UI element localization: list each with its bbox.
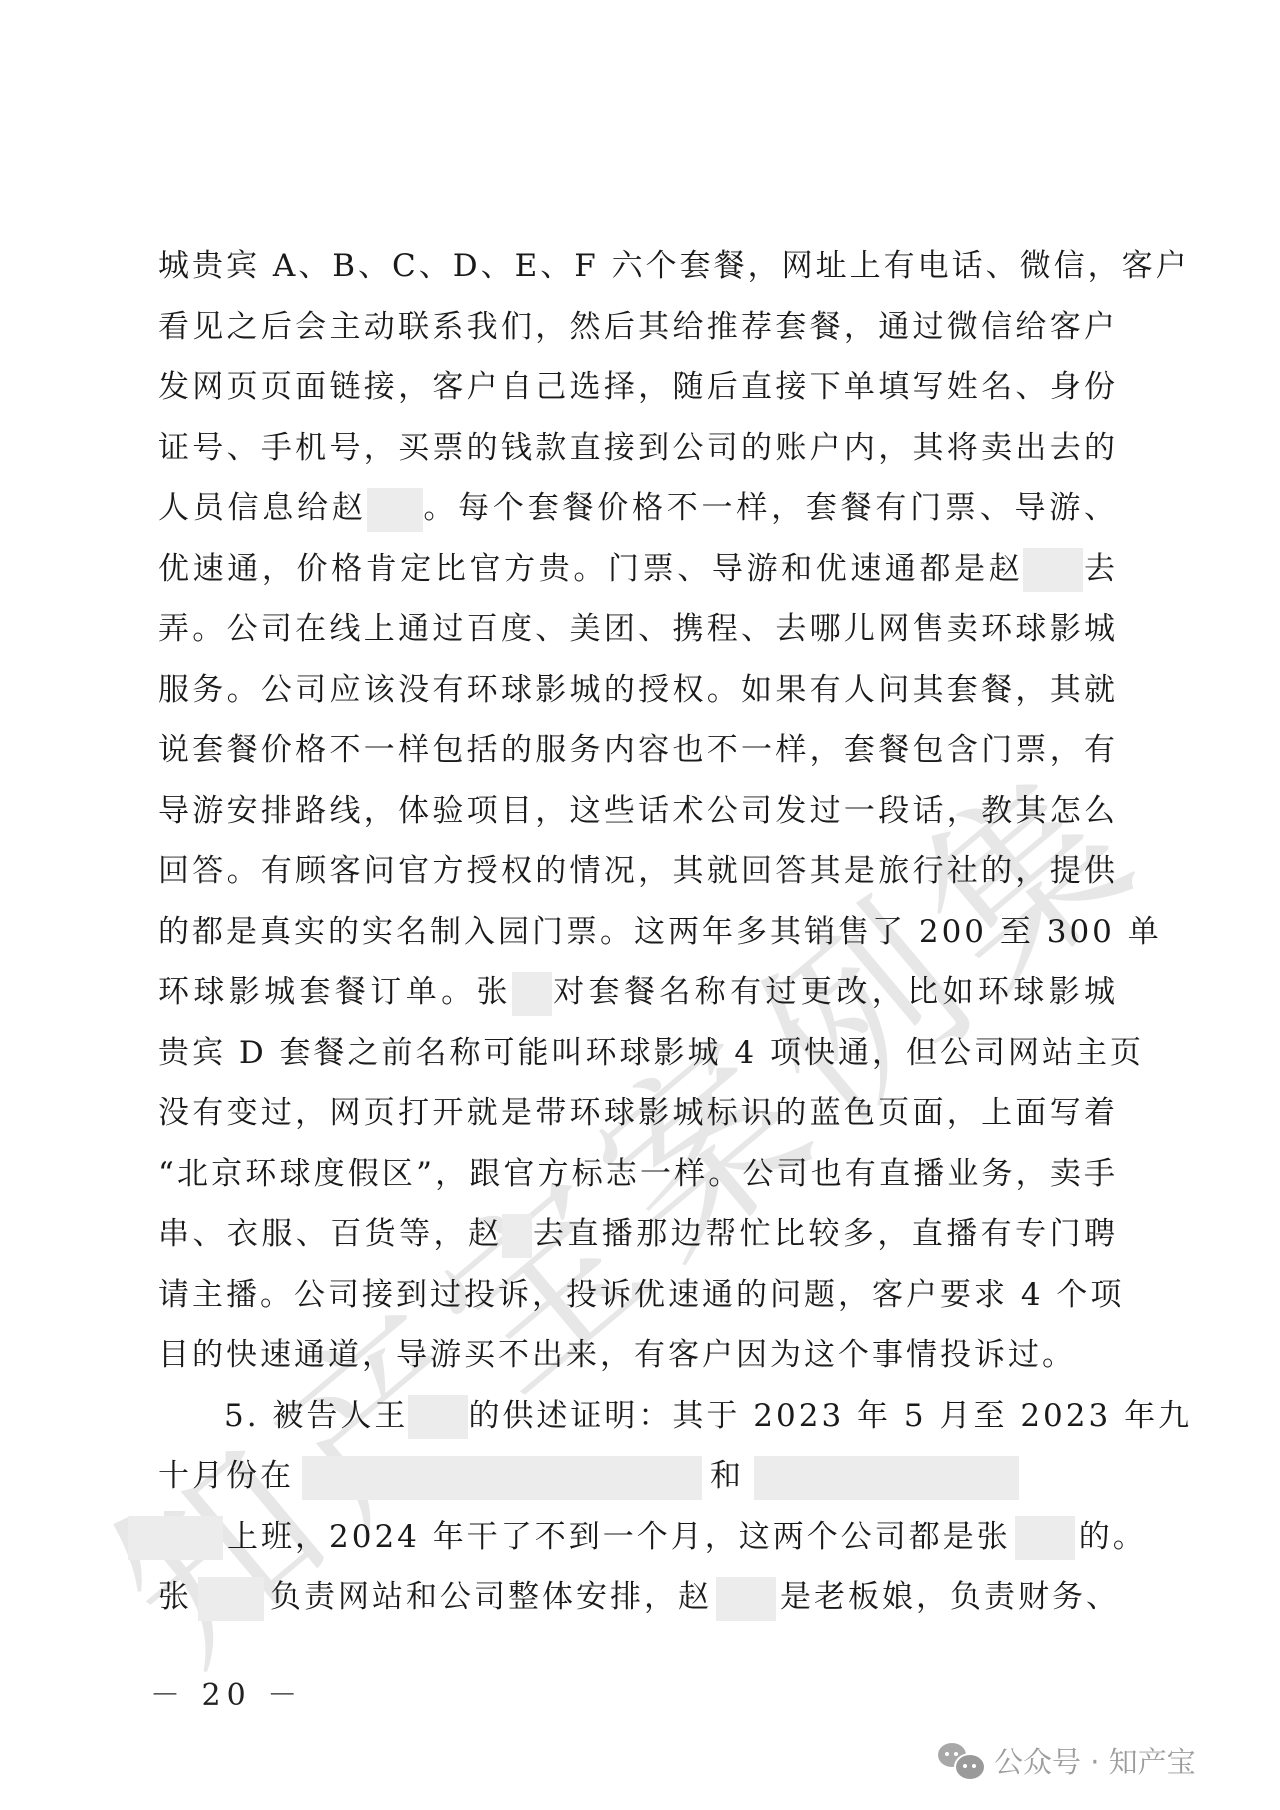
text-line: 目的快速通道，导游买不出来，有客户因为这个事情投诉过。 bbox=[158, 1325, 1118, 1386]
text-line: 导游安排路线，体验项目，这些话术公司发过一段话，教其怎么 bbox=[158, 781, 1118, 842]
text-line: 的都是真实的实名制入园门票。这两年多其销售了 200 至 300 单 bbox=[158, 902, 1118, 963]
text-line: 没有变过，网页打开就是带环球影城标识的蓝色页面，上面写着 bbox=[158, 1083, 1118, 1144]
redaction-block bbox=[716, 1577, 776, 1621]
text-line: 证号、手机号，买票的钱款直接到公司的账户内，其将卖出去的 bbox=[158, 418, 1118, 479]
text-line: 回答。有顾客问官方授权的情况，其就回答其是旅行社的，提供 bbox=[158, 841, 1118, 902]
source-label: 公众号 · 知产宝 bbox=[994, 1740, 1196, 1781]
text-line: 发网页页面链接，客户自己选择，随后直接下单填写姓名、身份 bbox=[158, 357, 1118, 418]
redaction-block bbox=[512, 972, 552, 1016]
redaction-block bbox=[198, 1577, 264, 1621]
redaction-block bbox=[302, 1456, 702, 1500]
text-line: 城贵宾 A、B、C、D、E、F 六个套餐，网址上有电话、微信，客户 bbox=[158, 236, 1118, 297]
text-line: 服务。公司应该没有环球影城的授权。如果有人问其套餐，其就 bbox=[158, 660, 1118, 721]
text-line: 十月份在和 bbox=[158, 1446, 1118, 1507]
text-line: 串、衣服、百货等，赵去直播那边帮忙比较多，直播有专门聘 bbox=[158, 1204, 1118, 1265]
text-line: 环球影城套餐订单。张对套餐名称有过更改，比如环球影城 bbox=[158, 962, 1118, 1023]
redaction-block bbox=[502, 1214, 532, 1258]
text-line: “北京环球度假区”，跟官方标志一样。公司也有直播业务，卖手 bbox=[158, 1144, 1118, 1205]
body-text: 城贵宾 A、B、C、D、E、F 六个套餐，网址上有电话、微信，客户 看见之后会主… bbox=[158, 236, 1118, 1628]
text-line: 上班，2024 年干了不到一个月，这两个公司都是张的。 bbox=[128, 1507, 1118, 1568]
text-line: 说套餐价格不一样包括的服务内容也不一样，套餐包含门票，有 bbox=[158, 720, 1118, 781]
wechat-icon bbox=[938, 1741, 984, 1781]
redaction-block bbox=[1015, 1516, 1075, 1560]
text-line: 贵宾 D 套餐之前名称可能叫环球影城 4 项快通，但公司网站主页 bbox=[158, 1023, 1118, 1084]
redaction-block bbox=[408, 1395, 468, 1439]
text-line: 5. 被告人王的供述证明：其于 2023 年 5 月至 2023 年九 bbox=[158, 1386, 1118, 1447]
text-line: 弄。公司在线上通过百度、美团、携程、去哪儿网售卖环球影城 bbox=[158, 599, 1118, 660]
text-line: 优速通，价格肯定比官方贵。门票、导游和优速通都是赵去 bbox=[158, 539, 1118, 600]
redaction-block bbox=[1023, 548, 1083, 592]
text-line: 看见之后会主动联系我们，然后其给推荐套餐，通过微信给客户 bbox=[158, 297, 1118, 358]
redaction-block bbox=[128, 1516, 223, 1560]
redaction-block bbox=[754, 1456, 1019, 1500]
text-line: 人员信息给赵。每个套餐价格不一样，套餐有门票、导游、 bbox=[158, 478, 1118, 539]
redaction-block bbox=[367, 488, 423, 532]
source-attribution: 公众号 · 知产宝 bbox=[938, 1740, 1196, 1781]
text-line: 张负责网站和公司整体安排，赵是老板娘，负责财务、 bbox=[158, 1567, 1118, 1628]
document-page: 知产宝案例集 城贵宾 A、B、C、D、E、F 六个套餐，网址上有电话、微信，客户… bbox=[0, 0, 1280, 1810]
page-number: － 20 － bbox=[150, 1670, 303, 1714]
text-line: 请主播。公司接到过投诉，投诉优速通的问题，客户要求 4 个项 bbox=[158, 1265, 1118, 1326]
